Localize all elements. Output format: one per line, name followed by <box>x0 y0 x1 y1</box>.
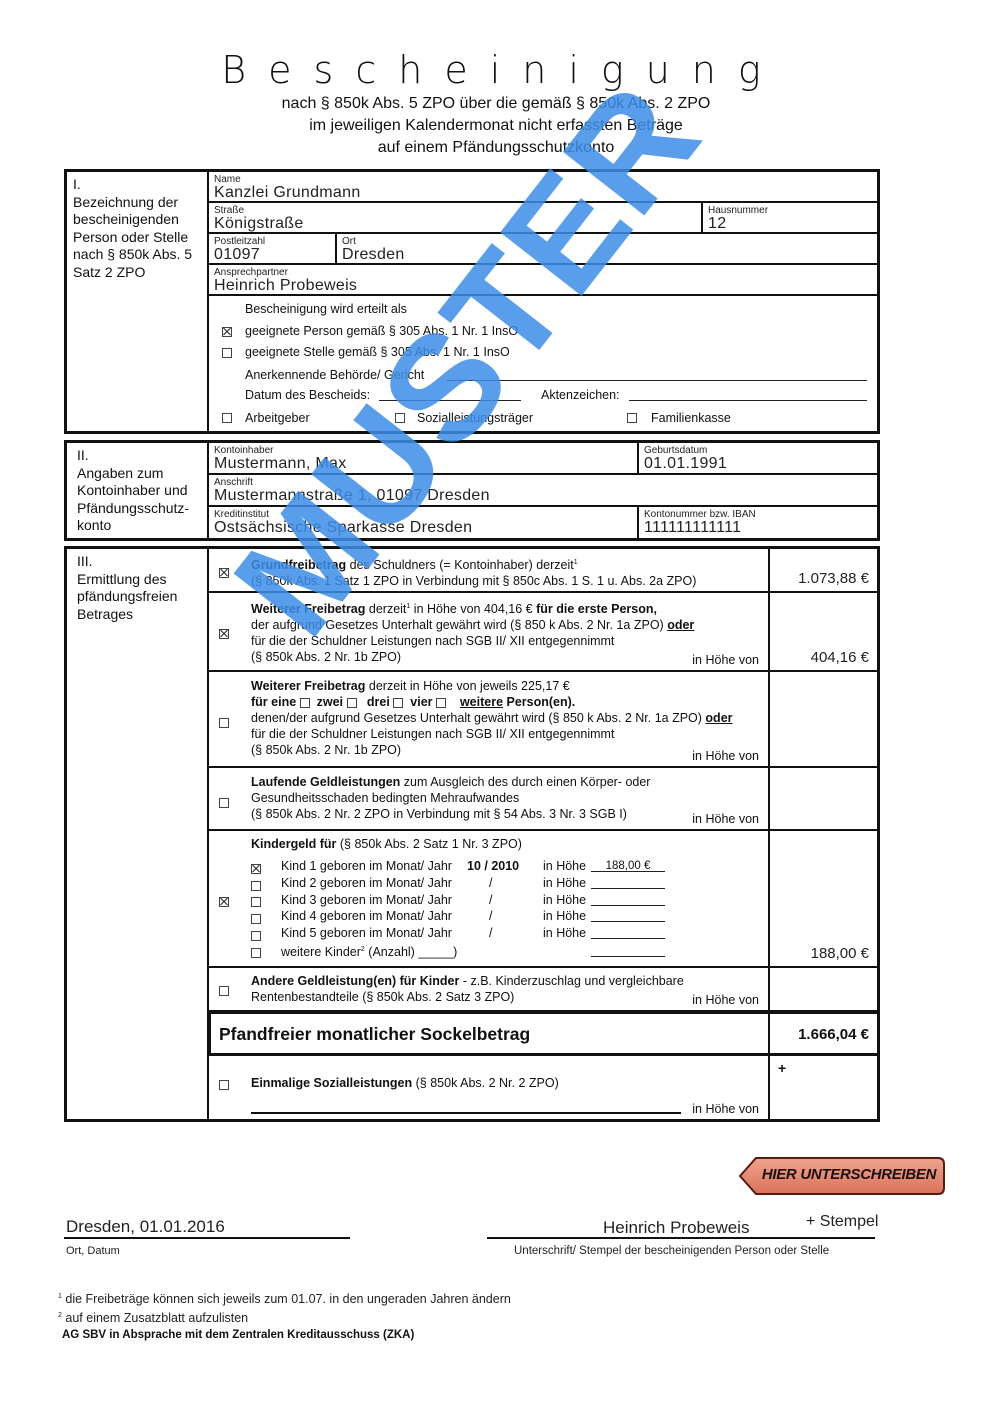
in-hoehe-von-label: in Höhe von <box>692 1101 759 1117</box>
kindergeld-ref: (§ 850k Abs. 2 Satz 1 Nr. 3 ZPO) <box>336 837 522 851</box>
zip-field[interactable]: 01097 <box>214 247 330 263</box>
iban-field[interactable]: 111111111111 <box>644 520 872 536</box>
grund-text: des Schuldners (= Kontoinhaber) derzeit <box>346 558 574 572</box>
laufende-geldleistungen-row: Laufende Geldleistungen zum Ausgleich de… <box>209 768 877 831</box>
checkbox-vier[interactable] <box>436 698 446 708</box>
grund-amount[interactable]: 1.073,88 € <box>798 571 869 587</box>
child-amount[interactable]: 188,00 € <box>591 858 665 872</box>
bank-row: Kreditinstitut Ostsächsische Sparkasse D… <box>209 507 877 538</box>
checkbox-kindergeld[interactable] <box>219 897 229 907</box>
street-row: Straße Königstraße Hausnummer 12 <box>209 203 877 234</box>
holder-field[interactable]: Mustermann, Max <box>214 456 632 472</box>
weiterer-freibetrag-1-row: Weiterer Freibetrag derzeit1 in Höhe von… <box>209 593 877 672</box>
child-label: Kind 3 geboren im Monat/ Jahr <box>281 892 452 908</box>
child-label: Kind 4 geboren im Monat/ Jahr <box>281 908 452 924</box>
weiterer2-line3: für die der Schuldner Leistungen nach SG… <box>251 726 733 742</box>
section-2-account: II. Angaben zum Kontoinhaber und Pfändun… <box>64 440 880 541</box>
house-number-label: Hausnummer <box>708 205 872 216</box>
social-label: Sozialleistungsträger <box>417 410 533 426</box>
name-field[interactable]: Kanzlei Grundmann <box>214 185 872 201</box>
footnote-1: die Freibeträge können sich jeweils zum … <box>65 1292 510 1306</box>
section-2-label: II. Angaben zum Kontoinhaber und Pfändun… <box>67 443 209 538</box>
issued-as-label: Bescheinigung wird erteilt als <box>245 301 407 317</box>
laufende-title: Laufende Geldleistungen <box>251 775 400 789</box>
birthdate-field[interactable]: 01.01.1991 <box>644 456 872 472</box>
subtitle-line-1: nach § 850k Abs. 5 ZPO über die gemäß § … <box>0 95 992 113</box>
in-hoehe-label: in Höhe <box>543 875 586 891</box>
section-3-label: III. Ermittlung des pfändungsfreien Betr… <box>67 549 209 1119</box>
in-hoehe-label: in Höhe <box>543 858 586 874</box>
footnote-2: auf einem Zusatzblatt aufzulisten <box>65 1311 248 1325</box>
plus-sign: + <box>778 1060 786 1076</box>
weiterer2-line4: (§ 850k Abs. 2 Nr. 1b ZPO) <box>251 742 733 758</box>
einmalige-sozialleistungen-row: Einmalige Sozialleistungen (§ 850k Abs. … <box>209 1056 877 1119</box>
place-date-field[interactable]: Dresden, 01.01.2016 <box>66 1217 225 1237</box>
oder-label: oder <box>667 618 694 632</box>
holder-row: Kontoinhaber Mustermann, Max Geburtsdatu… <box>209 443 877 475</box>
issued-as-block: Bescheinigung wird erteilt als geeignete… <box>217 296 877 431</box>
andere-text: - z.B. Kinderzuschlag und vergleichbare <box>459 974 683 988</box>
option-stelle-label: geeignete Stelle gemäß § 305 Abs. 1 Nr. … <box>245 344 510 360</box>
in-hoehe-label: in Höhe <box>543 925 586 941</box>
total-row: Pfandfreier monatlicher Sockelbetrag 1.6… <box>208 1012 877 1056</box>
weiterer2-text: derzeit in Höhe von jeweils 225,17 € <box>365 679 569 693</box>
child-row: Kind 3 geboren im Monat/ Jahr/in Höhe <box>251 892 671 909</box>
in-hoehe-von-label: in Höhe von <box>692 748 759 764</box>
zwei-label: zwei <box>317 695 343 709</box>
credit-line: AG SBV in Absprache mit dem Zentralen Kr… <box>62 1329 414 1341</box>
child-birth[interactable]: 10 / 2010 <box>467 858 519 874</box>
grund-ref: (§ 850k Abs. 1 Satz 1 ZPO in Verbindung … <box>251 573 696 589</box>
stamp-label: + Stempel <box>806 1213 878 1231</box>
checkbox-andere[interactable] <box>219 986 229 996</box>
zip-city-row: Postleitzahl 01097 Ort Dresden <box>209 234 877 265</box>
signer-field[interactable]: Heinrich Probeweis <box>603 1218 749 1238</box>
child-row: Kind 1 geboren im Monat/ Jahr10 / 2010in… <box>251 858 671 875</box>
signature-line <box>487 1237 875 1239</box>
child-amount[interactable] <box>591 875 665 889</box>
contact-field[interactable]: Heinrich Probeweis <box>214 278 872 294</box>
total-amount: 1.666,04 € <box>798 1026 869 1043</box>
place-date-line <box>64 1237 350 1239</box>
laufende-text: zum Ausgleich des durch einen Körper- od… <box>400 775 650 789</box>
checkbox-family[interactable] <box>627 413 637 423</box>
weiterer1-text: derzeit <box>365 602 406 616</box>
in-hoehe-von-label: in Höhe von <box>692 992 759 1008</box>
checkbox-more-children[interactable] <box>251 948 261 958</box>
child-label: Kind 5 geboren im Monat/ Jahr <box>281 925 452 941</box>
document-title: Bescheinigung <box>0 48 992 92</box>
andere-title: Andere Geldleistung(en) für Kinder <box>251 974 459 988</box>
eine-label: eine <box>271 695 296 709</box>
weiterer2-line2: denen/der aufgrund Gesetzes Unterhalt ge… <box>251 711 705 725</box>
weiterer2-title: Weiterer Freibetrag <box>251 679 365 693</box>
grundfreibetrag-row: Grundfreibetrag des Schuldners (= Kontoi… <box>209 549 877 593</box>
child-label: Kind 1 geboren im Monat/ Jahr <box>281 858 452 874</box>
child-amount[interactable] <box>591 892 665 906</box>
child-birth[interactable]: / <box>489 925 492 941</box>
total-label: Pfandfreier monatlicher Sockelbetrag <box>219 1024 530 1045</box>
name-row: Name Kanzlei Grundmann <box>209 172 877 203</box>
child-amount[interactable] <box>591 925 665 939</box>
contact-row: Ansprechpartner Heinrich Probeweis <box>209 265 877 296</box>
checkbox-employer[interactable] <box>222 413 232 423</box>
drei-label: drei <box>367 695 390 709</box>
more-children-amount[interactable] <box>591 942 665 957</box>
section-title: Bezeichnung der bescheinigenden Person o… <box>73 194 201 282</box>
laufende-line2: Gesundheitsschaden bedingten Mehraufwand… <box>251 790 650 806</box>
section-title: Angaben zum Kontoinhaber und Pfändungssc… <box>77 465 201 535</box>
weiterer1-text-c: für die erste Person, <box>536 602 657 616</box>
child-birth[interactable]: / <box>489 875 492 891</box>
address-field[interactable]: Mustermannstraße 1, 01097 Dresden <box>214 488 872 504</box>
weiterer1-line3: für die der Schuldner Leistungen nach SG… <box>251 633 694 649</box>
kindergeld-amount[interactable]: 188,00 € <box>811 946 869 962</box>
subtitle-line-3: auf einem Pfändungsschutzkonto <box>0 139 992 157</box>
weiterer1-line4: (§ 850k Abs. 2 Nr. 1b ZPO) <box>251 649 694 665</box>
checkbox-person[interactable] <box>222 327 232 337</box>
checkbox-child[interactable] <box>251 897 261 907</box>
child-row: Kind 2 geboren im Monat/ Jahr/in Höhe <box>251 875 671 892</box>
checkbox-eine[interactable] <box>300 698 310 708</box>
in-hoehe-label: in Höhe <box>543 908 586 924</box>
weiterer1-line2: der aufgrund Gesetzes Unterhalt gewährt … <box>251 618 667 632</box>
file-number-field[interactable] <box>629 400 867 401</box>
checkbox-zwei[interactable] <box>347 698 357 708</box>
more-children-row: weitere Kinder2 (Anzahl) _____) <box>251 942 671 959</box>
checkbox-child[interactable] <box>251 881 261 891</box>
signature-label: Unterschrift/ Stempel der bescheinigende… <box>514 1245 829 1257</box>
weitere-label: weitere <box>460 695 503 709</box>
einmalig-description-field[interactable] <box>251 1112 681 1114</box>
weiterer-freibetrag-2-row: Weiterer Freibetrag derzeit in Höhe von … <box>209 672 877 768</box>
checkbox-stelle[interactable] <box>222 348 232 358</box>
city-field[interactable]: Dresden <box>342 247 872 263</box>
weiterer1-text-b: in Höhe von 404,16 € <box>410 602 536 616</box>
street-field[interactable]: Königstraße <box>214 216 696 232</box>
andere-geldleistungen-row: Andere Geldleistung(en) für Kinder - z.B… <box>209 968 877 1012</box>
place-date-label: Ort, Datum <box>66 1245 120 1257</box>
section-1-label: I. Bezeichnung der bescheinigenden Perso… <box>67 172 209 431</box>
in-hoehe-von-label: in Höhe von <box>692 811 759 827</box>
employer-label: Arbeitgeber <box>245 410 310 426</box>
checkbox-drei[interactable] <box>393 698 403 708</box>
checkbox-weiterer-1[interactable] <box>219 629 229 639</box>
decision-date-label: Datum des Bescheids: <box>245 387 370 403</box>
authority-field[interactable] <box>447 380 867 381</box>
in-hoehe-von-label: in Höhe von <box>692 652 759 668</box>
address-row: Anschrift Mustermannstraße 1, 01097 Dres… <box>209 475 877 507</box>
laufende-line3: (§ 850k Abs. 2 Nr. 2 ZPO in Verbindung m… <box>251 806 650 822</box>
children-list: Kind 1 geboren im Monat/ Jahr10 / 2010in… <box>251 858 671 959</box>
bank-field[interactable]: Ostsächsische Sparkasse Dresden <box>214 520 632 536</box>
section-number: I. <box>73 176 201 194</box>
section-3-calculation: III. Ermittlung des pfändungsfreien Betr… <box>64 546 880 1122</box>
oder-label: oder <box>705 711 732 725</box>
fuer-label: für <box>251 695 268 709</box>
family-label: Familienkasse <box>651 410 731 426</box>
grund-title: Grundfreibetrag <box>251 558 346 572</box>
vier-label: vier <box>410 695 432 709</box>
more-children-label: weitere Kinder2 (Anzahl) _____) <box>281 942 457 960</box>
child-row: Kind 5 geboren im Monat/ Jahr/in Höhe <box>251 925 671 942</box>
section-number: II. <box>77 447 201 465</box>
section-1-issuer: I. Bezeichnung der bescheinigenden Perso… <box>64 169 880 434</box>
child-birth[interactable]: / <box>489 908 492 924</box>
checkbox-weiterer-2[interactable] <box>219 718 229 728</box>
checkbox-laufende[interactable] <box>219 798 229 808</box>
decision-date-field[interactable] <box>379 400 521 401</box>
file-number-label: Aktenzeichen: <box>541 387 620 403</box>
in-hoehe-label: in Höhe <box>543 892 586 908</box>
checkbox-child[interactable] <box>251 914 261 924</box>
kindergeld-title: Kindergeld für <box>251 837 336 851</box>
child-row: Kind 4 geboren im Monat/ Jahr/in Höhe <box>251 908 671 925</box>
checkbox-einmalig[interactable] <box>219 1080 229 1090</box>
sign-here-button[interactable]: HIER UNTERSCHREIBEN <box>738 1156 946 1196</box>
checkbox-child[interactable] <box>251 931 261 941</box>
section-number: III. <box>77 553 201 571</box>
house-number-field[interactable]: 12 <box>708 216 872 232</box>
subtitle-line-2: im jeweiligen Kalendermonat nicht erfass… <box>0 117 992 135</box>
weiterer1-title: Weiterer Freibetrag <box>251 602 365 616</box>
child-label: Kind 2 geboren im Monat/ Jahr <box>281 875 452 891</box>
einmalig-ref: (§ 850k Abs. 2 Nr. 2 ZPO) <box>412 1076 559 1090</box>
weiterer1-amount[interactable]: 404,16 € <box>811 650 869 666</box>
checkbox-grundfreibetrag[interactable] <box>219 568 229 578</box>
checkbox-social[interactable] <box>395 413 405 423</box>
authority-label: Anerkennende Behörde/ Gericht <box>245 367 424 383</box>
city-label: Ort <box>342 236 872 247</box>
checkbox-child[interactable] <box>251 864 261 874</box>
option-person-label: geeignete Person gemäß § 305 Abs. 1 Nr. … <box>245 323 518 339</box>
kindergeld-row: Kindergeld für (§ 850k Abs. 2 Satz 1 Nr.… <box>209 831 877 968</box>
andere-line2: Rentenbestandteile (§ 850k Abs. 2 Satz 3… <box>251 989 684 1005</box>
personen-label: Person(en). <box>503 695 575 709</box>
sign-here-label: HIER UNTERSCHREIBEN <box>756 1166 942 1183</box>
einmalig-title: Einmalige Sozialleistungen <box>251 1076 412 1090</box>
section-title: Ermittlung des pfändungsfreien Betrages <box>77 571 201 624</box>
child-birth[interactable]: / <box>489 892 492 908</box>
child-amount[interactable] <box>591 908 665 922</box>
